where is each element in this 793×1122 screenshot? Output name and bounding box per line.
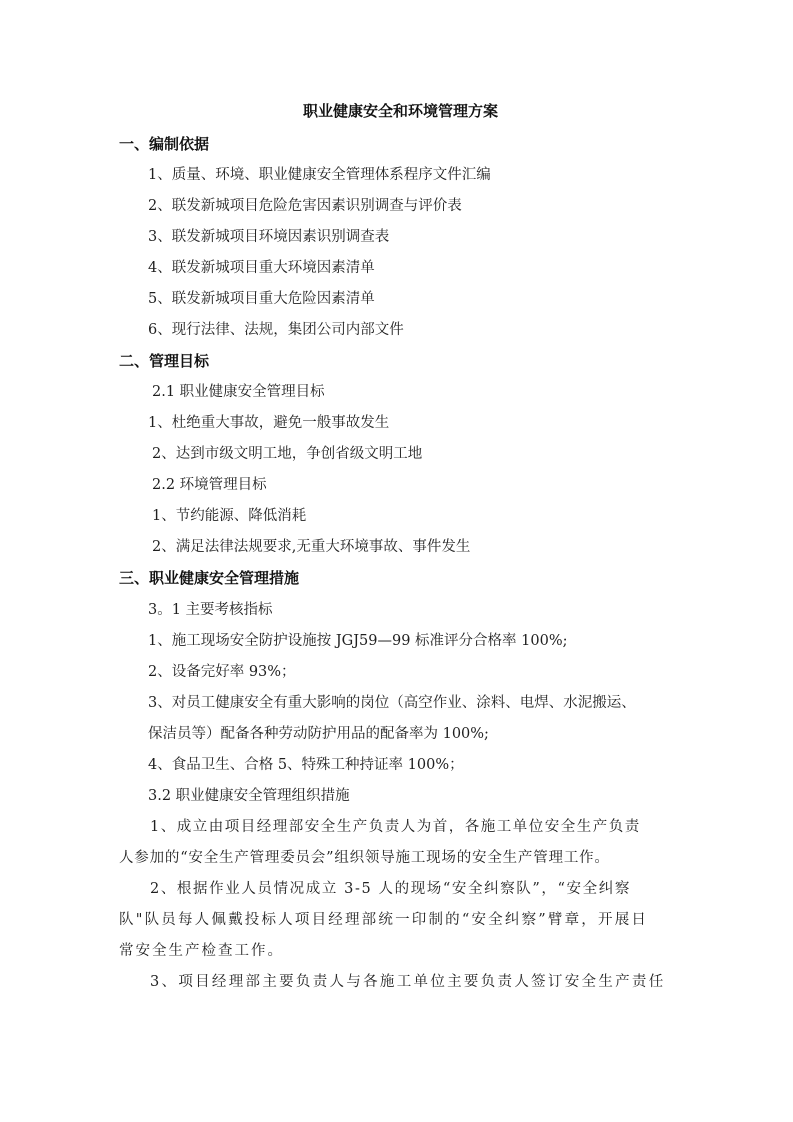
paragraph-line: 1、成立由项目经理部安全生产负责人为首，各施工单位安全生产负责 [150, 817, 680, 837]
subsection-title: 3。1 主要考核指标 [148, 600, 273, 620]
indicator-item: 3、对员工健康安全有重大影响的岗位（高空作业、涂料、电焊、水泥搬运、 [148, 693, 636, 713]
basis-item: 1、质量、环境、职业健康安全管理体系程序文件汇编 [148, 165, 491, 185]
section-heading-measures: 三、职业健康安全管理措施 [119, 568, 299, 588]
document-title: 职业健康安全和环境管理方案 [303, 101, 498, 121]
basis-item: 5、联发新城项目重大危险因素清单 [148, 289, 375, 309]
indicator-item: 4、食品卫生、合格 5、特殊工种持证率 100%； [148, 755, 464, 775]
paragraph-line: 3、项目经理部主要负责人与各施工单位主要负责人签订安全生产责任 [150, 972, 666, 992]
goal-item: 2、达到市级文明工地，争创省级文明工地 [152, 444, 422, 464]
paragraph-line: 人参加的“安全生产管理委员会”组织领导施工现场的安全生产管理工作。 [119, 848, 610, 868]
indicator-item: 2、设备完好率 93%； [148, 662, 296, 682]
goal-item: 2、满足法律法规要求,无重大环境事故、事件发生 [152, 537, 470, 557]
basis-item: 3、联发新城项目环境因素识别调查表 [148, 227, 389, 247]
subsection-title: 3.2 职业健康安全管理组织措施 [148, 786, 350, 806]
section-heading-basis: 一、编制依据 [119, 134, 209, 154]
paragraph-line: 2、根据作业人员情况成立 3-5 人的现场“安全纠察队”，“安全纠察 [150, 879, 631, 899]
goal-item: 1、节约能源、降低消耗 [152, 506, 306, 526]
paragraph-line: 队"队员每人佩戴投标人项目经理部统一印制的“安全纠察”臂章，开展日 [119, 910, 648, 930]
indicator-item: 1、施工现场安全防护设施按 JGJ59—99 标准评分合格率 100%; [148, 631, 568, 651]
paragraph-line: 常安全生产检查工作。 [119, 941, 284, 961]
basis-item: 4、联发新城项目重大环境因素清单 [148, 258, 375, 278]
basis-item: 2、联发新城项目危险危害因素识别调查与评价表 [148, 196, 462, 216]
document-page: 职业健康安全和环境管理方案 一、编制依据 1、质量、环境、职业健康安全管理体系程… [0, 0, 793, 1122]
goal-item: 1、杜绝重大事故，避免一般事故发生 [148, 413, 389, 433]
subsection-title: 2.1 职业健康安全管理目标 [152, 382, 325, 402]
indicator-item-continued: 保洁员等）配备各种劳动防护用品的配备率为 100%; [148, 724, 489, 744]
subsection-title: 2.2 环境管理目标 [152, 475, 267, 495]
basis-item: 6、现行法律、法规，集团公司内部文件 [148, 320, 404, 340]
section-heading-goals: 二、管理目标 [119, 351, 209, 371]
